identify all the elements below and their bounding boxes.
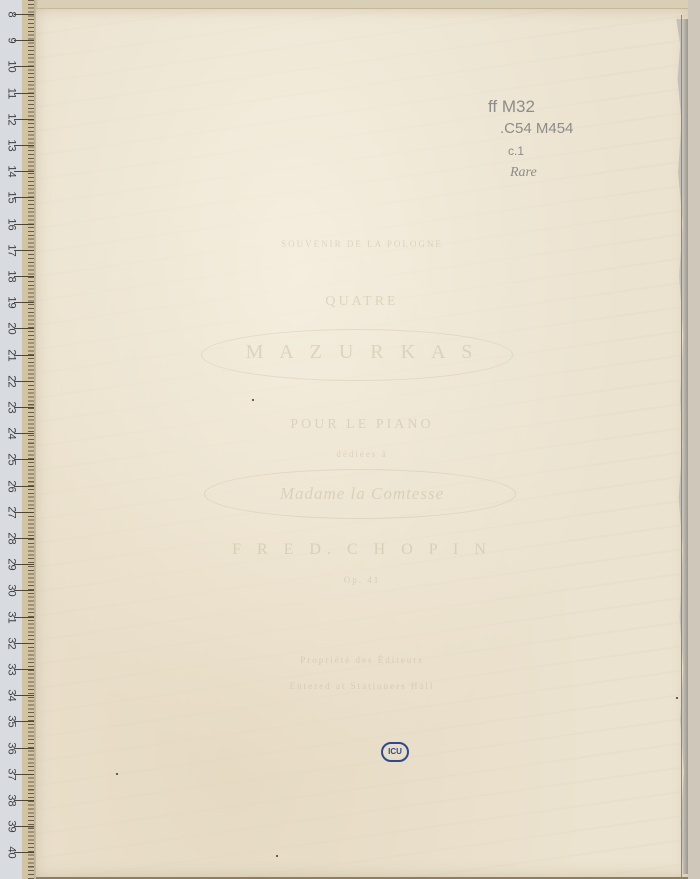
torn-page-edge — [662, 19, 688, 874]
ruler-major-tick — [14, 538, 34, 539]
bleed-through-line: dédiées à — [36, 449, 688, 459]
ruler-major-tick — [14, 564, 34, 565]
bleed-through-title: M A Z U R K A S — [36, 341, 688, 364]
ruler-major-tick — [14, 748, 34, 749]
ruler-major-tick — [14, 197, 34, 198]
bleed-through-line: SOUVENIR DE LA POLOGNE — [36, 239, 688, 249]
call-number-line: .C54 M454 — [500, 118, 626, 140]
ruler-major-tick — [14, 433, 34, 434]
ruler-major-tick — [14, 14, 34, 15]
ruler-major-tick — [14, 250, 34, 251]
ruler-major-tick — [14, 171, 34, 172]
copy-number: c.1 — [508, 140, 626, 162]
bleed-through-line: QUATRE — [36, 294, 688, 310]
ruler-major-tick — [14, 93, 34, 94]
ruler-major-tick — [14, 643, 34, 644]
ruler-major-tick — [14, 328, 34, 329]
ruler-major-tick — [14, 145, 34, 146]
ruler-major-tick — [14, 512, 34, 513]
ruler-major-tick — [14, 302, 34, 303]
ruler-major-tick — [14, 407, 34, 408]
page-edge-line — [681, 15, 682, 879]
ruler-major-tick — [14, 276, 34, 277]
ruler-major-tick — [14, 355, 34, 356]
ruler-major-tick — [14, 721, 34, 722]
bleed-through-composer: F R E D. C H O P I N — [36, 541, 688, 559]
scan-margin-right — [688, 0, 700, 879]
pencil-call-number: ff M32 .C54 M454 c.1 Rare — [486, 96, 626, 184]
ruler-major-tick — [14, 40, 34, 41]
ruler-major-tick — [14, 774, 34, 775]
paper-speck — [276, 855, 278, 857]
ruler-major-tick — [14, 617, 34, 618]
bleed-through-line: Entered at Stationers Hall — [36, 681, 688, 691]
call-number-line: ff M32 — [488, 96, 626, 118]
bleed-through-line: Madame la Comtesse — [36, 484, 688, 504]
ruler-major-tick — [14, 852, 34, 853]
bleed-through-line: Op. 41 — [36, 575, 688, 585]
ruler-major-tick — [14, 119, 34, 120]
ruler-major-tick — [14, 695, 34, 696]
bleed-through-line: Propriété des Éditeurs — [36, 655, 688, 665]
paper-speck — [676, 697, 678, 699]
ruler-major-tick — [14, 459, 34, 460]
ruler-major-tick — [14, 66, 34, 67]
library-stamp: ICU — [381, 742, 409, 762]
ruler-major-tick — [14, 826, 34, 827]
ruler-major-tick — [14, 800, 34, 801]
ruler-major-tick — [14, 669, 34, 670]
paper-speck — [116, 773, 118, 775]
ruler-major-tick — [14, 486, 34, 487]
paper-speck — [252, 399, 254, 401]
ruler-major-tick — [14, 224, 34, 225]
ruler-major-tick — [14, 381, 34, 382]
bleed-through-line: POUR LE PIANO — [36, 417, 688, 433]
ruler-major-tick — [14, 590, 34, 591]
rare-note: Rare — [510, 162, 626, 184]
